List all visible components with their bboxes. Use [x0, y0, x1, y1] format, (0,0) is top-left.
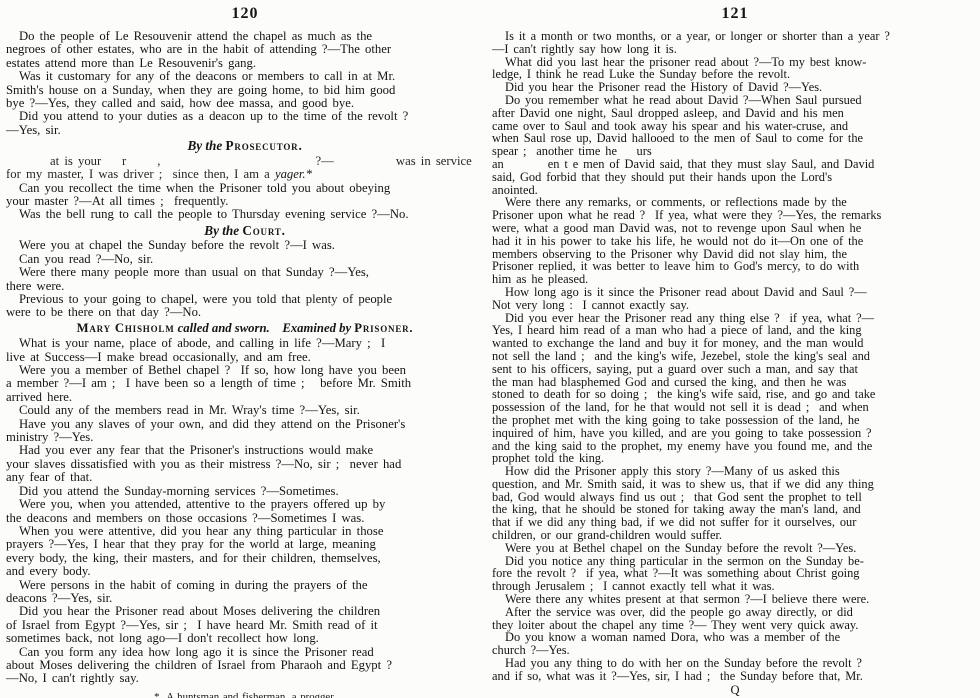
book-page-right: 121 Is it a month or two months, or a ye…	[492, 0, 978, 697]
qa-paragraph: Were you at chapel the Sunday before the…	[6, 239, 484, 252]
examined-by: Examined by	[282, 321, 354, 335]
qa-paragraph: What did you last hear the prisoner read…	[492, 56, 978, 82]
qa-paragraph: Were persons in the habit of coming in d…	[6, 579, 484, 606]
witness-action: called and sworn.	[175, 321, 283, 335]
footnote: * A huntsman and fisherman, a progger.	[6, 691, 484, 698]
qa-paragraph: Can you form any idea how long ago it is…	[6, 646, 484, 686]
heading-name: Court.	[242, 223, 285, 238]
qa-paragraph: Could any of the members read in Mr. Wra…	[6, 404, 484, 417]
page-number-right: 121	[492, 6, 978, 22]
qa-paragraph: Do the people of Le Resouvenir attend th…	[6, 30, 484, 70]
qa-paragraph-faded: at is your r , ?— was in service for my …	[6, 155, 484, 182]
faded-text: at is your r , ?— was in service for my …	[6, 154, 472, 181]
qa-paragraph: Were there many people more than usual o…	[6, 266, 484, 293]
page-number-left: 120	[6, 6, 484, 22]
qa-paragraph: Were there any remarks, or comments, or …	[492, 196, 978, 286]
italic-term: yager.*	[275, 167, 312, 181]
qa-paragraph: Had you any thing to do with her on the …	[492, 657, 978, 683]
qa-paragraph: Did you attend the Sunday-morning servic…	[6, 485, 484, 498]
witness-name: Mary Chisholm	[77, 321, 175, 335]
heading-byline: By the	[204, 223, 242, 238]
qa-paragraph: After the service was over, did the peop…	[492, 606, 978, 632]
qa-paragraph: Did you notice any thing particular in t…	[492, 555, 978, 593]
qa-paragraph: Did you attend to your duties as a deaco…	[6, 110, 484, 137]
qa-paragraph: Do you know a woman named Dora, who was …	[492, 631, 978, 657]
qa-paragraph: Were you a member of Bethel chapel ? If …	[6, 364, 484, 404]
heading-byline: By the	[187, 138, 225, 153]
qa-paragraph: What is your name, place of abode, and c…	[6, 337, 484, 364]
qa-paragraph: Were you, when you attended, attentive t…	[6, 498, 484, 525]
qa-paragraph: Was it customary for any of the deacons …	[6, 70, 484, 110]
examiner-name: Prisoner.	[354, 321, 413, 335]
qa-paragraph: Did you ever hear the Prisoner read any …	[492, 312, 978, 466]
qa-paragraph: Can you read ?—No, sir.	[6, 253, 484, 266]
qa-paragraph: Can you recollect the time when the Pris…	[6, 182, 484, 209]
signature-mark: Q	[492, 684, 978, 697]
heading-name: Prosecutor.	[226, 138, 303, 153]
qa-paragraph: Have you any slaves of your own, and did…	[6, 418, 484, 445]
qa-paragraph: How long ago is it since the Prisoner re…	[492, 286, 978, 312]
book-page-left: 120 Do the people of Le Resouvenir atten…	[6, 0, 484, 698]
qa-paragraph: Were you at Bethel chapel on the Sunday …	[492, 542, 978, 555]
section-heading-prosecutor: By the Prosecutor.	[6, 139, 484, 153]
section-heading-witness: Mary Chisholm called and sworn. Examined…	[6, 322, 484, 336]
qa-paragraph: Do you remember what he read about David…	[492, 94, 978, 196]
qa-paragraph: Is it a month or two months, or a year, …	[492, 30, 978, 56]
qa-paragraph: Did you hear the Prisoner read about Mos…	[6, 605, 484, 645]
qa-paragraph: How did the Prisoner apply this story ?—…	[492, 465, 978, 542]
qa-paragraph: Had you ever any fear that the Prisoner'…	[6, 444, 484, 484]
section-heading-court: By the Court.	[6, 224, 484, 238]
qa-paragraph: Previous to your going to chapel, were y…	[6, 293, 484, 320]
qa-paragraph: When you were attentive, did you hear an…	[6, 525, 484, 579]
qa-paragraph: Was the bell rung to call the people to …	[6, 208, 484, 221]
qa-paragraph: Were there any whites present at that se…	[492, 593, 978, 606]
